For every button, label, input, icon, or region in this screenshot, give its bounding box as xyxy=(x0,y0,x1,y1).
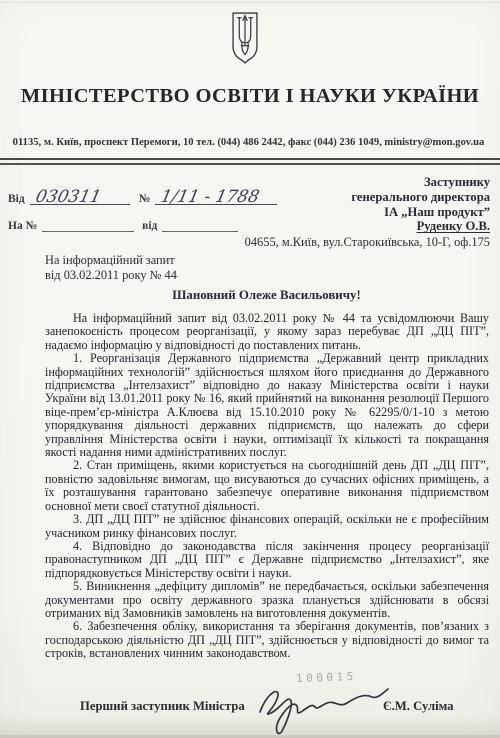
incoming-reference-row: На № від xyxy=(8,216,277,232)
reference-block: Від 030311 № 1/11 - 1788 На № від xyxy=(8,183,277,232)
body-paragraph: 1. Реорганізація Державного підприємства… xyxy=(45,352,489,459)
reply-date-blank xyxy=(162,219,238,232)
letter-body: На інформаційний запит від 03.02.2011 ро… xyxy=(45,312,489,661)
regarding-block: На інформаційний запит від 03.02.2011 ро… xyxy=(45,253,177,283)
reply-number-label: На № xyxy=(8,220,37,232)
recipient-line: Заступнику xyxy=(245,175,490,190)
ministry-address-line: 01135, м. Київ, проспект Перемоги, 10 те… xyxy=(0,137,500,148)
recipient-line: генерального директора xyxy=(245,190,490,205)
regarding-line1: На інформаційний запит xyxy=(45,253,177,268)
reply-from-label: від xyxy=(142,220,157,232)
body-paragraph: 3. ДП „ДЦ ПІТ” не здійснює фінансових оп… xyxy=(45,513,489,540)
ministry-title: МІНІСТЕРСТВО ОСВІТИ І НАУКИ УКРАЇНИ xyxy=(0,85,500,108)
ref-date-field: 030311 xyxy=(30,182,130,205)
letterhead-divider xyxy=(0,158,500,165)
body-paragraph: 4. Відповідно до законодавства після зак… xyxy=(45,540,489,580)
signatory-name: Є.М. Суліма xyxy=(383,699,454,714)
body-paragraph: На інформаційний запит від 03.02.2011 ро… xyxy=(45,312,489,352)
recipient-address: 04655, м.Київ, вул.Старокиївська, 10-Г, … xyxy=(245,235,490,250)
body-paragraph: 6. Забезпечення обліку, використання та … xyxy=(45,620,489,660)
handwritten-signature xyxy=(252,672,402,736)
ref-date-handwritten: 030311 xyxy=(34,187,103,207)
scan-top-edge xyxy=(0,2,500,3)
body-paragraph: 5. Виникнення „дефіциту дипломів” не пер… xyxy=(45,580,489,620)
salutation: Шановний Олеже Васильовичу! xyxy=(45,288,488,303)
ukraine-trident-emblem-icon xyxy=(227,11,263,65)
ref-from-label: Від xyxy=(8,193,25,205)
outgoing-reference-row: Від 030311 № 1/11 - 1788 xyxy=(8,183,277,205)
scanned-letter-page: МІНІСТЕРСТВО ОСВІТИ І НАУКИ УКРАЇНИ 0113… xyxy=(0,0,500,738)
regarding-line2: від 03.02.2011 року № 44 xyxy=(45,268,177,283)
recipient-name: Руденку О.В. xyxy=(245,219,490,234)
recipient-lines: Заступникугенерального директораІА „Наш … xyxy=(245,175,490,219)
reply-number-blank xyxy=(42,219,134,232)
ref-number-label: № xyxy=(139,193,151,205)
body-paragraph: 2. Стан приміщень, якими користується на… xyxy=(45,459,489,513)
recipient-block: Заступникугенерального директораІА „Наш … xyxy=(245,175,490,250)
signatory-position-title: Перший заступник Міністра xyxy=(80,699,245,714)
recipient-line: ІА „Наш продукт” xyxy=(245,205,490,220)
